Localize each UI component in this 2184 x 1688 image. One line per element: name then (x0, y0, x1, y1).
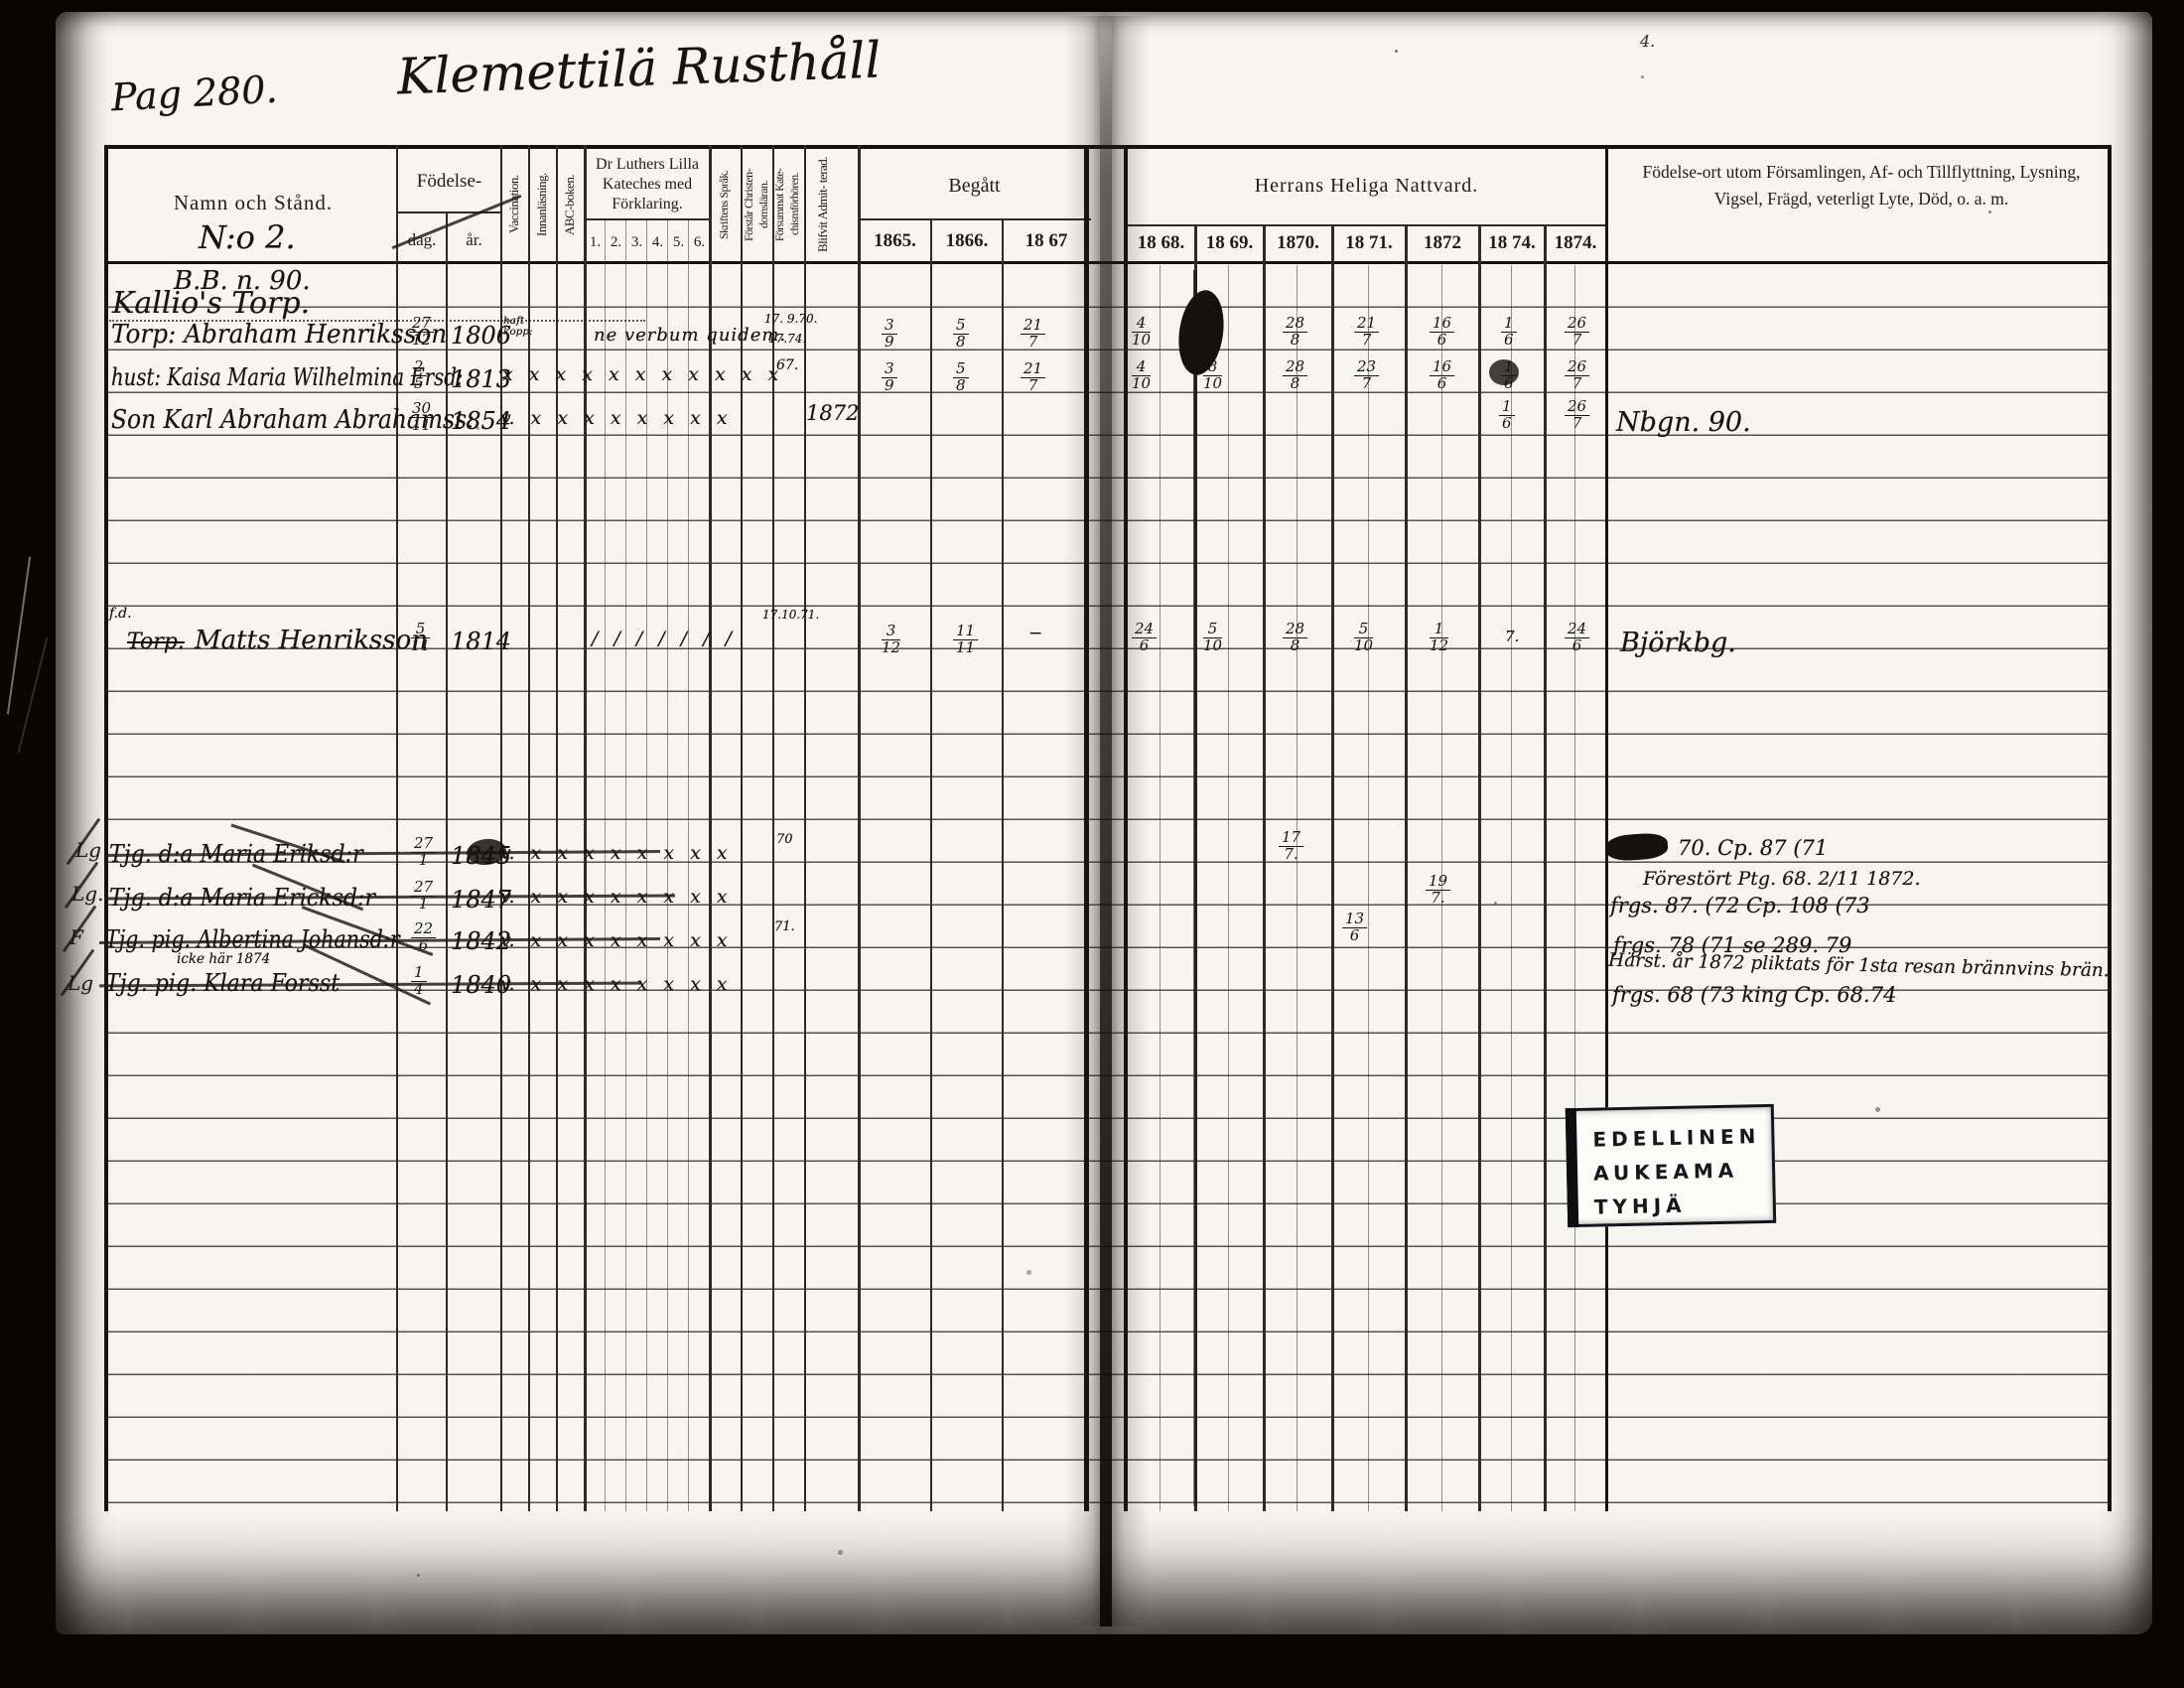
frac-den: 1 (411, 853, 436, 869)
frac-den: 8 (1283, 638, 1307, 654)
begatt-date: 217 (1021, 361, 1045, 394)
grid-line (1511, 265, 1512, 1511)
grid-line (396, 145, 398, 1511)
vaccination-note: haft kopp: (503, 316, 545, 337)
frac-den: 11 (411, 638, 430, 654)
frac-den: 7. (1279, 847, 1303, 863)
record-layout: Pag 280. Klemettilä Rusthåll 4. (0, 0, 2184, 1688)
frac-den: 7 (1565, 333, 1589, 349)
margin-mark: Lg (75, 838, 101, 862)
column-header-reading: Innanläsning. (534, 151, 550, 258)
missed-exam-note: 17.74. (768, 332, 806, 346)
column-header-admitted: Blifvit Admit- terad. (814, 151, 848, 258)
column-header-communion: Herrans Heliga Nattvard. (1127, 175, 1606, 198)
entry-number: N:o 2. (199, 218, 296, 256)
frac-den: 10 (1203, 638, 1222, 654)
archive-stamp: EDELLINEN AUKEAMA TYHJÄ (1566, 1104, 1776, 1227)
page-number: Pag 280. (110, 68, 279, 120)
grid-line (500, 145, 502, 1511)
birth-day-fraction: 2712 (409, 316, 434, 349)
binding-gutter (1100, 16, 1112, 1626)
begatt-date: 58 (953, 318, 969, 351)
record-title: Klemettilä Rusthåll (396, 32, 882, 106)
column-header-year: år. (447, 230, 501, 250)
grid-line (1544, 224, 1547, 1511)
frac-den: 9 (882, 378, 897, 394)
ink-blot (1489, 359, 1519, 385)
grid-line (397, 211, 502, 213)
communion-date: 510 (1354, 622, 1373, 654)
column-header-missed: Försummat Kate- chismförhören. (773, 151, 803, 258)
frac-den: 8 (953, 378, 969, 394)
grid-line (741, 145, 743, 1511)
frac-den: 8 (953, 335, 969, 351)
grid-line (1368, 265, 1369, 1511)
frac-den: 7 (1021, 335, 1045, 351)
column-header-begatt: Begått (859, 175, 1090, 198)
grid-line (584, 145, 587, 1511)
grid-line (556, 145, 558, 1511)
communion-date: 166 (1430, 359, 1454, 392)
margin-note: frgs. 87. (72 Cp. 108 (73 (1610, 894, 1870, 917)
communion-date: 7. (1505, 628, 1519, 645)
frac-den: 12 (1430, 638, 1448, 654)
communion-date: 267 (1565, 359, 1589, 392)
grid-line (1228, 265, 1229, 1511)
communion-date: 16 (1499, 399, 1515, 432)
communion-date: 237 (1354, 359, 1379, 392)
begatt-date: 58 (953, 361, 969, 394)
catechism-subcol: 5. (668, 234, 689, 251)
begatt-date: 312 (882, 624, 900, 656)
column-header-abc: ABC-boken. (562, 151, 578, 258)
column-header-catechism: Dr Luthers Lilla Kateches med Förklaring… (587, 155, 708, 214)
birth-day-fraction: 25 (411, 359, 427, 392)
grid-line (858, 145, 861, 1511)
birth-year: 1814 (451, 628, 511, 655)
margin-note: Förestört Ptg. 68. 2/11 1872. (1643, 868, 1921, 890)
missed-exam-note: 67. (776, 357, 798, 373)
column-header-vaccination: Vaccination. (506, 151, 522, 258)
frac-den: 11 (953, 640, 978, 656)
frac-den: 7 (1354, 376, 1379, 392)
communion-date: 510 (1203, 622, 1222, 654)
margin-note: Björkbg. (1620, 628, 1736, 658)
insert-note: icke här 1874 (177, 951, 270, 967)
stamp-line: EDELLINEN (1592, 1119, 1772, 1157)
person-name-struck: Torp. (127, 630, 185, 654)
communion-date: 136 (1342, 912, 1367, 944)
frac-den: 12 (409, 333, 434, 349)
communion-year: 18 69. (1195, 232, 1264, 254)
corner-mark: 4. (1640, 32, 1655, 51)
margin-note: frgs. 68 (73 king Cp. 68.74 (1612, 983, 1896, 1007)
frac-den: 7 (1021, 378, 1045, 394)
margin-note: 70. Cp. 87 (71 (1678, 836, 1828, 860)
catechism-subcol: 4. (647, 234, 668, 251)
grid-line (804, 145, 806, 1511)
birth-day-fraction: 3011 (409, 401, 434, 434)
begatt-date: 39 (882, 318, 897, 351)
communion-date: 288 (1283, 316, 1307, 349)
frac-den: 8 (1283, 376, 1307, 392)
frac-den: 10 (1354, 638, 1373, 654)
communion-date: 267 (1565, 399, 1589, 432)
communion-date: 288 (1283, 359, 1307, 392)
column-header-understands: Förstår Christen- domsläran. (742, 151, 771, 258)
column-header-scripture: Skriftens Språk. (717, 151, 734, 258)
person-name: Matts Henriksson (195, 626, 428, 655)
communion-year: 1872 (1406, 232, 1479, 254)
grid-line (772, 145, 774, 1511)
frac-den: 6 (1499, 416, 1515, 432)
mark-row: / / / / / / / (592, 628, 732, 649)
dust-specks (1395, 50, 1398, 53)
communion-date: 112 (1430, 622, 1448, 654)
frac-den: 11 (409, 418, 434, 434)
grid-line (1297, 265, 1297, 1511)
communion-year: 18 74. (1479, 232, 1545, 254)
communion-date: 246 (1565, 622, 1589, 654)
grid-line (1127, 224, 1607, 226)
communion-date: 177. (1279, 830, 1303, 863)
begatt-year: 1865. (859, 230, 931, 252)
frac-den: 6 (1342, 928, 1367, 944)
person-name: Torp: Abraham Henriksson (111, 320, 447, 350)
communion-date: 288 (1283, 622, 1307, 654)
status-abbrev: f.d. (109, 606, 132, 622)
ink-streak (1193, 270, 1197, 1506)
catechism-note: ne verbum quidem. (594, 325, 786, 346)
column-header-birth: Födelse- (397, 171, 501, 193)
communion-date: 16 (1501, 316, 1517, 349)
frac-den: 12 (882, 640, 900, 656)
birth-day-fraction: 511 (411, 622, 430, 654)
frac-den: 6 (1565, 638, 1589, 654)
farm-heading: Kallio's Torp. (112, 286, 310, 321)
frac-den: 7 (1354, 333, 1379, 349)
admitted-year: 1872 (806, 401, 859, 425)
grid-line (528, 145, 530, 1511)
birth-day-fraction: 14 (411, 965, 427, 998)
begatt-date: 1111 (953, 624, 978, 656)
catechism-subcol: 1. (585, 234, 606, 251)
frac-den: 6 (1430, 376, 1454, 392)
begatt-dash: − (1028, 624, 1042, 643)
frac-den: 1 (411, 897, 436, 913)
grid-line (104, 145, 108, 1511)
begatt-year: 1866. (931, 230, 1003, 252)
church-record-scan: Pag 280. Klemettilä Rusthåll 4. (0, 0, 2184, 1688)
column-header-name: Namn och Stånd. (116, 191, 390, 214)
mark-row: x x x x x x x x x x x (502, 363, 778, 385)
missed-exam-note: 17. 9.70. (764, 312, 817, 326)
grid-line (1574, 265, 1575, 1511)
stamp-line: TYHJÄ (1593, 1187, 1773, 1224)
grid-line (1405, 224, 1408, 1511)
stamp-line: AUKEAMA (1593, 1153, 1773, 1191)
communion-date: 197. (1426, 874, 1450, 907)
grid-line (709, 145, 712, 1511)
communion-date: 166 (1430, 316, 1454, 349)
frac-den: 8 (1283, 333, 1307, 349)
grid-line (1605, 145, 1608, 1511)
missed-exam-note: 70 (776, 832, 793, 847)
grid-line (1331, 224, 1334, 1511)
grid-line (1002, 218, 1004, 1511)
frac-den: 7. (1426, 891, 1450, 907)
frac-den: 6 (1430, 333, 1454, 349)
birth-year: 1806 (451, 322, 511, 350)
frac-den: 7 (1565, 416, 1589, 432)
catechism-subcol: 3. (626, 234, 647, 251)
catechism-subcol: 2. (606, 234, 626, 251)
column-header-birthplace: Födelse-ort utom Församlingen, Af- och T… (1625, 159, 2098, 212)
frac-den: 10 (1203, 376, 1222, 392)
margin-note: Nbgn. 90. (1616, 407, 1751, 438)
communion-year: 1874. (1545, 232, 1606, 254)
grid-line (859, 218, 1091, 220)
grid-line (1160, 265, 1160, 1511)
frac-den: 7 (1565, 376, 1589, 392)
begatt-date: 217 (1021, 318, 1045, 351)
mark-row: v. x x x x x x x x (500, 407, 728, 429)
communion-date: 267 (1565, 316, 1589, 349)
column-header-day: dag. (397, 230, 447, 250)
communion-date: 217 (1354, 316, 1379, 349)
grid-line (930, 218, 932, 1511)
frac-den: 5 (411, 376, 427, 392)
communion-year: 18 71. (1332, 232, 1406, 254)
missed-exam-note: 71. (774, 919, 795, 934)
grid-line (2108, 145, 2112, 1511)
communion-year: 1870. (1264, 232, 1332, 254)
frac-den: 9 (882, 335, 897, 351)
frac-den: 6 (1501, 333, 1517, 349)
begatt-date: 39 (882, 361, 897, 394)
grid-line (1478, 224, 1481, 1511)
grid-line (1263, 224, 1266, 1511)
catechism-subcol: 6. (689, 234, 710, 251)
missed-exam-note: 17.10.71. (762, 608, 819, 622)
